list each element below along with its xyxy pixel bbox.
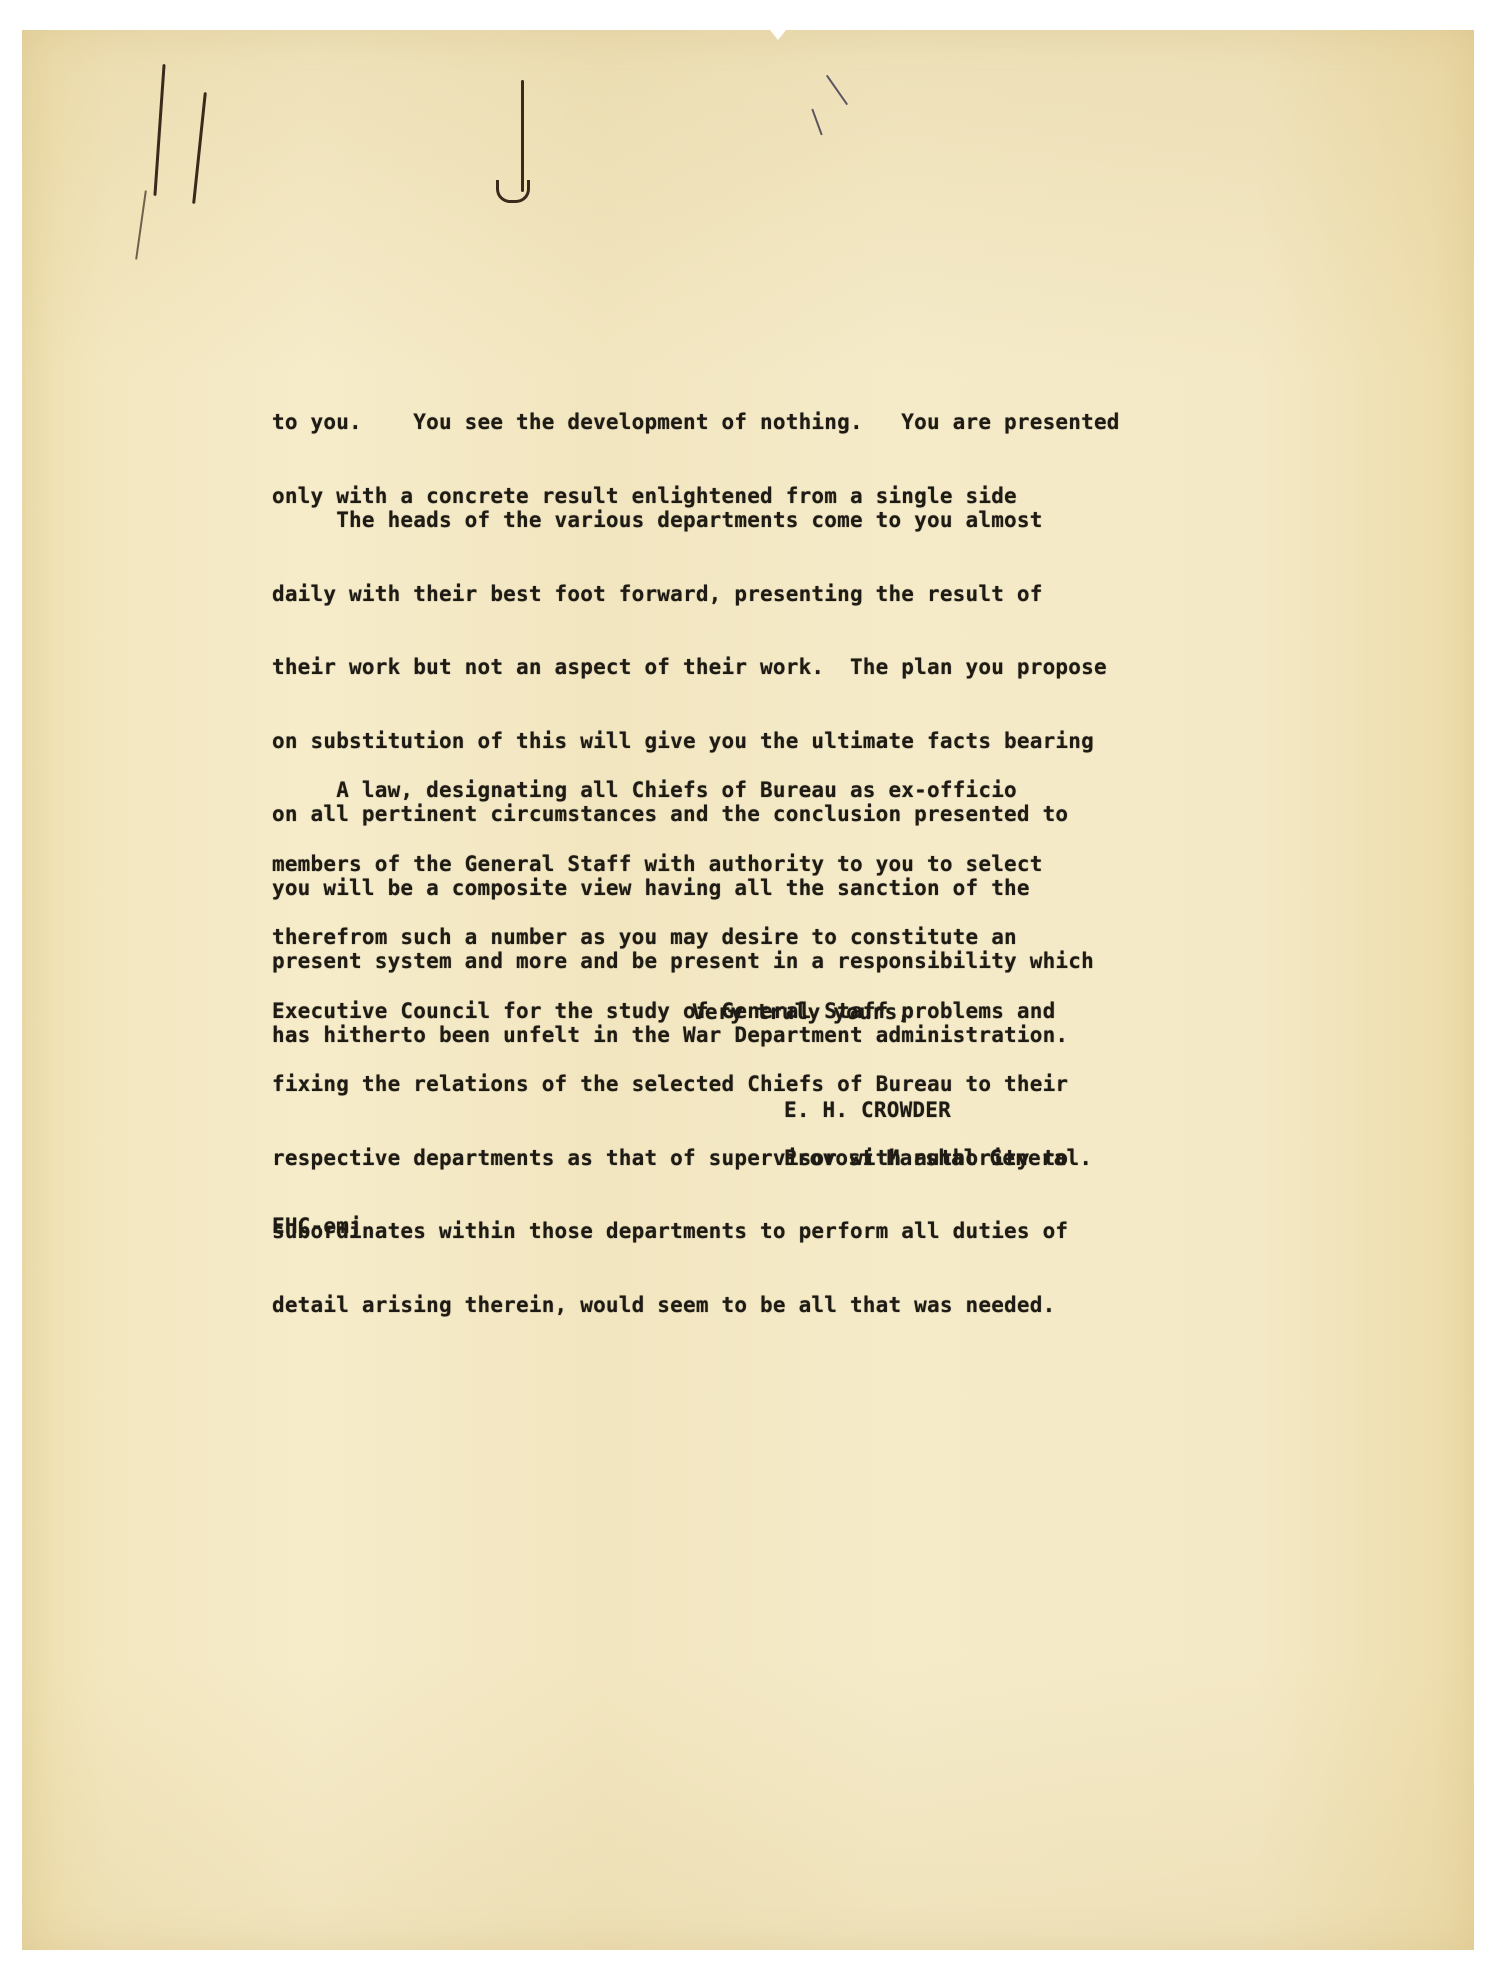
paragraph-law: A law, designating all Chiefs of Bureau … xyxy=(272,729,1068,1342)
paper-notch xyxy=(770,30,786,40)
text-line: detail arising therein, would seem to be… xyxy=(272,1293,1068,1318)
text-line: fixing the relations of the selected Chi… xyxy=(272,1072,1068,1097)
text-line: daily with their best foot forward, pres… xyxy=(272,582,1107,607)
signature-name: E. H. CROWDER xyxy=(784,1098,951,1123)
text-line: The heads of the various departments com… xyxy=(272,508,1107,533)
handwritten-hook-mark xyxy=(521,80,524,192)
reference-initials: EHC-emj xyxy=(272,1214,362,1239)
text-line: to you. You see the development of nothi… xyxy=(272,410,1120,435)
handwritten-hook-curve xyxy=(496,180,530,203)
text-line: Executive Council for the study of Gener… xyxy=(272,999,1068,1024)
closing-salutation: Very truly yours, xyxy=(692,1000,910,1025)
text-line: therefrom such a number as you may desir… xyxy=(272,925,1068,950)
signature-title: Provost Marshal General. xyxy=(784,1146,1092,1171)
text-line: members of the General Staff with author… xyxy=(272,852,1068,877)
text-line: their work but not an aspect of their wo… xyxy=(272,655,1107,680)
text-line: subordinates within those departments to… xyxy=(272,1219,1068,1244)
text-line: A law, designating all Chiefs of Bureau … xyxy=(272,778,1068,803)
